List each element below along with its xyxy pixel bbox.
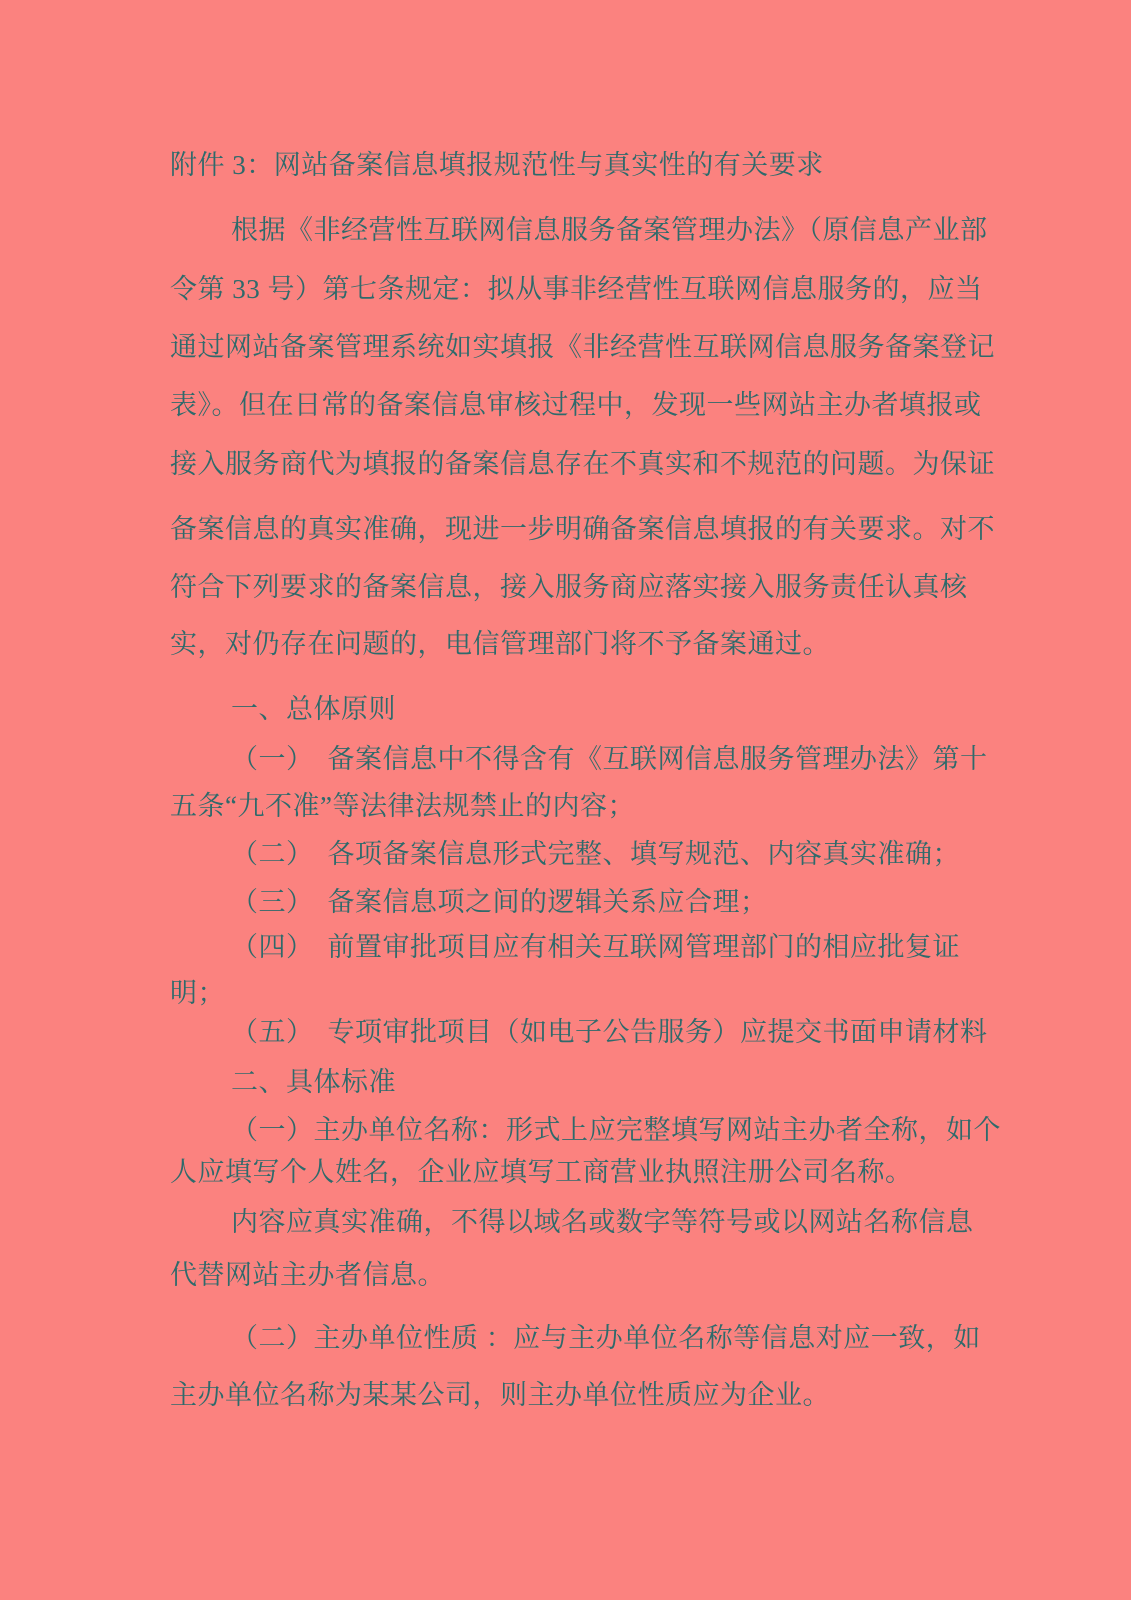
list-item-line: （一） 备案信息中不得含有《互联网信息服务管理办法》第十 bbox=[231, 742, 988, 776]
paragraph-line: 实，对仍存在问题的，电信管理部门将不予备案通过。 bbox=[170, 627, 830, 661]
paragraph-line: 接入服务商代为填报的备案信息存在不真实和不规范的问题。为保证 bbox=[170, 447, 995, 481]
list-item-line: （二）主办单位性质 ：应与主办单位名称等信息对应一致，如 bbox=[231, 1321, 981, 1355]
paragraph-line: 主办单位名称为某某公司，则主办单位性质应为企业。 bbox=[170, 1378, 830, 1412]
document-page: 附件 3：网站备案信息填报规范性与真实性的有关要求 根据《非经营性互联网信息服务… bbox=[0, 0, 1131, 1600]
paragraph-line: 人应填写个人姓名，企业应填写工商营业执照注册公司名称。 bbox=[170, 1155, 913, 1189]
document-title: 附件 3：网站备案信息填报规范性与真实性的有关要求 bbox=[170, 148, 824, 182]
list-item-line: （二） 各项备案信息形式完整、填写规范、内容真实准确； bbox=[231, 837, 960, 871]
paragraph-line: 根据《非经营性互联网信息服务备案管理办法》（原信息产业部 bbox=[231, 213, 988, 247]
list-item-line: 五条“九不准”等法律法规禁止的内容； bbox=[170, 789, 635, 823]
section-heading-overall-principles: 一、总体原则 bbox=[231, 692, 396, 726]
list-item-line: 明； bbox=[170, 976, 225, 1010]
paragraph-line: 通过网站备案管理系统如实填报《非经营性互联网信息服务备案登记 bbox=[170, 330, 995, 364]
paragraph-line: 符合下列要求的备案信息，接入服务商应落实接入服务责任认真核 bbox=[170, 570, 968, 604]
section-heading-specific-standards: 二、具体标准 bbox=[231, 1065, 396, 1099]
list-item-line: （五） 专项审批项目（如电子公告服务）应提交书面申请材料 bbox=[231, 1015, 988, 1049]
paragraph-line: 令第 33 号）第七条规定：拟从事非经营性互联网信息服务的，应当 bbox=[170, 272, 983, 306]
paragraph-line: 备案信息的真实准确，现进一步明确备案信息填报的有关要求。对不 bbox=[170, 512, 995, 546]
paragraph-line: 代替网站主办者信息。 bbox=[170, 1258, 445, 1292]
list-item-line: （一）主办单位名称：形式上应完整填写网站主办者全称，如个 bbox=[231, 1113, 1001, 1147]
list-item-line: （四） 前置审批项目应有相关互联网管理部门的相应批复证 bbox=[231, 930, 960, 964]
paragraph-line: 表》。但在日常的备案信息审核过程中，发现一些网站主办者填报或 bbox=[170, 388, 982, 422]
paragraph-line: 内容应真实准确，不得以域名或数字等符号或以网站名称信息 bbox=[231, 1205, 974, 1239]
list-item-line: （三） 备案信息项之间的逻辑关系应合理； bbox=[231, 885, 768, 919]
